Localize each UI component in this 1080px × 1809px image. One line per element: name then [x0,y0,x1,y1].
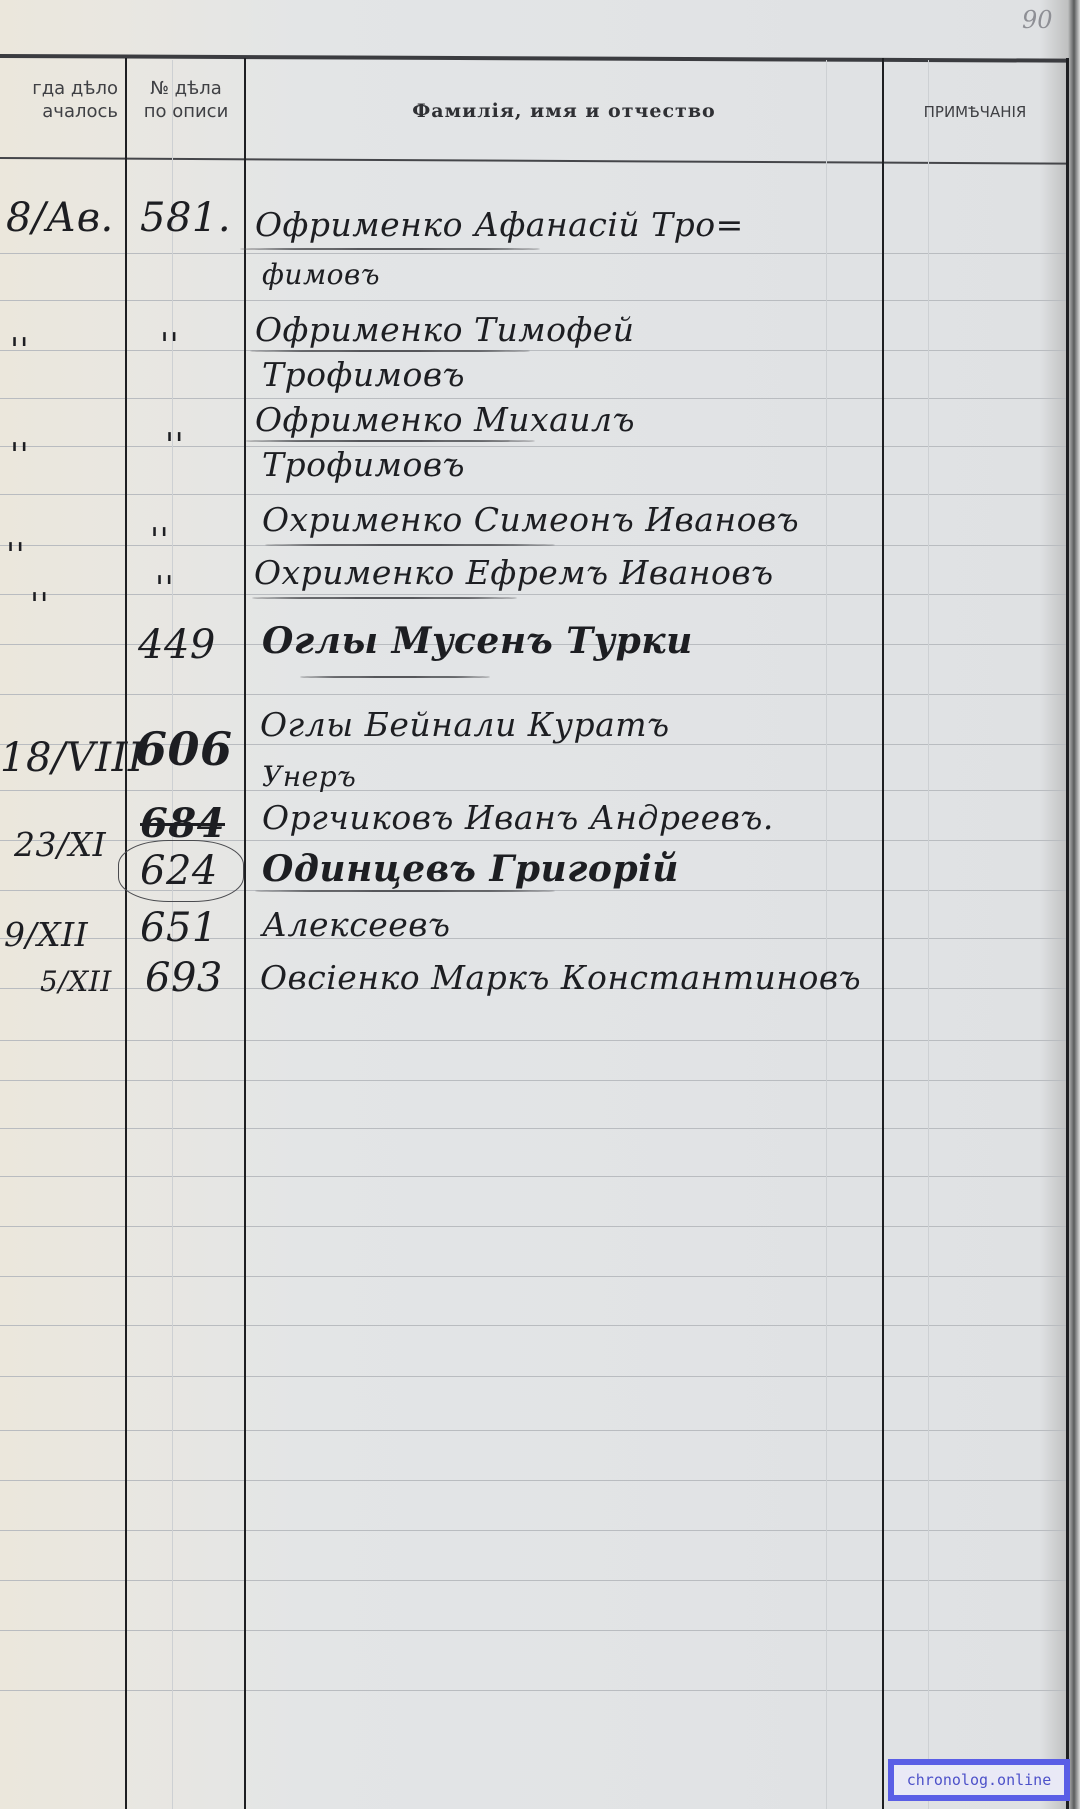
entry-name: Алексеевъ [262,905,450,944]
entry-name: Оглы Бейнали Куратъ [260,705,670,744]
entry-name: Офрименко Тимофей [255,310,635,349]
entry-date: '' [30,585,49,624]
entry-date: 18/VIII [0,735,144,781]
entry-name: Охрименко Симеонъ Ивановъ [262,500,799,539]
entry-name-continued: Трофимовъ [262,445,465,484]
watermark-text: chronolog.online [894,1765,1064,1795]
entry-name: Офрименко Михаилъ [255,400,635,439]
entry-case-number: '' [165,425,184,464]
entry-date: 9/XII [4,915,88,954]
entry-case-number: 693 [145,955,223,1001]
entry-case-number: 449 [138,622,216,668]
header-bottom-rule [0,157,1068,165]
entry-name: Одинцевъ Григорій [262,848,679,890]
entry-date: '' [10,330,29,369]
entry-name: Оглы Мусенъ Турки [262,620,693,662]
entry-case-number: 651 [140,905,218,951]
register-page: 90 [0,0,1080,1809]
entry-date: 8/Ав. [6,195,114,241]
surname-underline [240,248,540,250]
entry-name-continued: фимовъ [262,258,380,291]
surname-underline [265,544,555,546]
header-top-rule [0,54,1068,63]
entry-case-number: '' [155,568,174,607]
column-guide [928,60,929,1809]
page-number: 90 [1022,6,1053,34]
column-guide [826,60,827,1809]
entry-case-number: '' [150,520,169,559]
surname-underline [300,676,490,678]
entry-name: Офрименко Афанасій Тро= [255,205,744,244]
surname-underline [255,890,555,892]
entry-date: '' [6,535,25,574]
entry-name-continued: Унеръ [262,760,356,793]
entry-date: 23/XI [14,825,106,864]
case-number-circle [118,840,244,902]
watermark-badge: chronolog.online [888,1759,1070,1801]
entry-date: '' [10,435,29,474]
column-divider-case [244,58,246,1809]
entry-name: Охрименко Ефремъ Ивановъ [254,553,774,592]
page-right-border [1066,58,1069,1809]
header-date-line2: ачалось [0,101,118,124]
surname-underline [245,440,535,442]
header-case-line1: № дѣла [128,78,244,101]
entry-case-number: 606 [135,722,233,776]
column-divider-notes [882,58,884,1809]
entry-case-number: '' [160,325,179,364]
header-case-line2: по описи [128,101,244,124]
surname-underline [250,350,530,352]
entry-name: Овсіенко Маркъ Константиновъ [260,958,861,997]
header-case-column: № дѣла по описи [128,78,244,123]
entry-date: 5/XII [40,965,112,998]
header-notes-column: ПРИМѢЧАНІЯ [884,103,1066,122]
column-divider-date [125,58,127,1809]
header-name-column: Фамилія, имя и отчество [246,100,882,124]
header-date-column: гда дѣло ачалось [0,78,122,123]
surname-underline [252,597,517,599]
header-date-line1: гда дѣло [0,78,118,101]
entry-name-continued: Трофимовъ [262,355,465,394]
entry-name: Оргчиковъ Иванъ Андреевъ. [262,798,774,837]
entry-case-number: 581. [140,195,231,241]
